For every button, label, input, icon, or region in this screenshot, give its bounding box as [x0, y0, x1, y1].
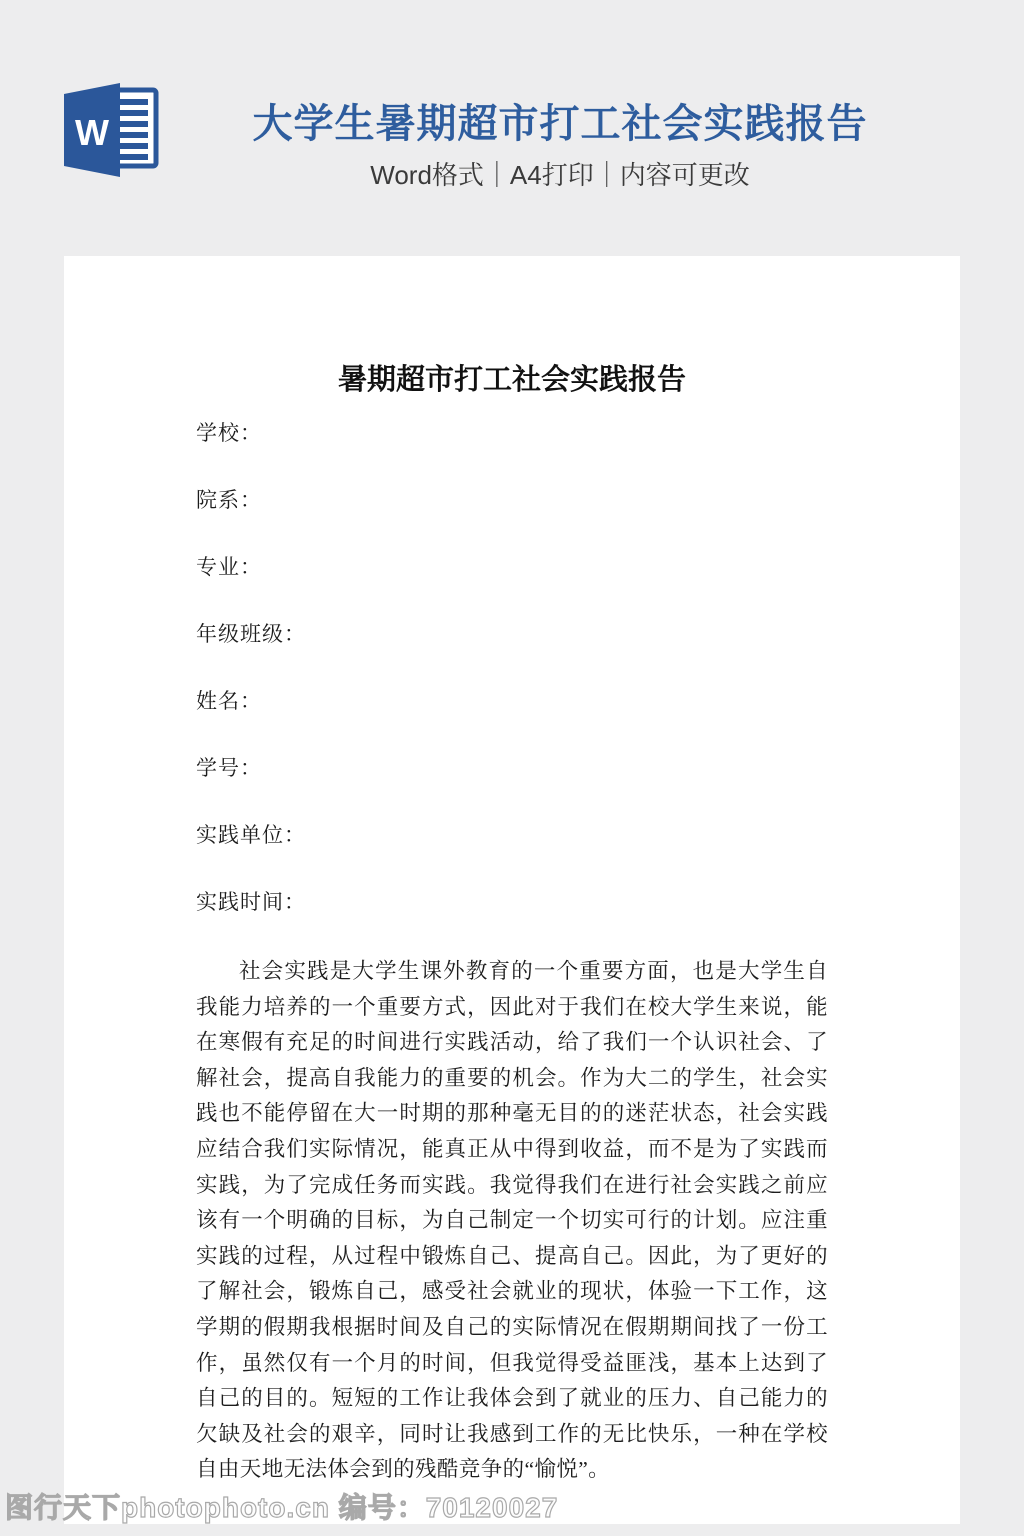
field-name: 姓名：	[196, 686, 828, 716]
document-title: 暑期超市打工社会实践报告	[196, 360, 828, 400]
svg-text:W: W	[75, 112, 109, 153]
field-practice-unit: 实践单位：	[196, 820, 828, 850]
field-major: 专业：	[196, 552, 828, 582]
field-practice-time: 实践时间：	[196, 887, 828, 917]
document-fields: 学校： 院系： 专业： 年级班级： 姓名： 学号： 实践单位： 实践时间：	[196, 418, 828, 917]
word-document-icon: W	[58, 82, 162, 178]
field-grade-class: 年级班级：	[196, 619, 828, 649]
document-page: 暑期超市打工社会实践报告 学校： 院系： 专业： 年级班级： 姓名： 学号： 实…	[64, 256, 960, 1524]
template-preview-page: W 大学生暑期超市打工社会实践报告 Word格式｜A4打印｜内容可更改 暑期超市…	[0, 0, 1024, 1536]
page-title: 大学生暑期超市打工社会实践报告	[160, 92, 960, 149]
field-school: 学校：	[196, 418, 828, 448]
field-student-id: 学号：	[196, 753, 828, 783]
field-department: 院系：	[196, 485, 828, 515]
site-header: W 大学生暑期超市打工社会实践报告 Word格式｜A4打印｜内容可更改	[0, 0, 1024, 256]
page-subtitle: Word格式｜A4打印｜内容可更改	[160, 155, 960, 192]
document-body-paragraph: 社会实践是大学生课外教育的一个重要方面，也是大学生自我能力培养的一个重要方式，因…	[196, 954, 828, 1488]
site-watermark: 图行天下photophoto.cn 编号：70120027	[5, 1486, 558, 1526]
